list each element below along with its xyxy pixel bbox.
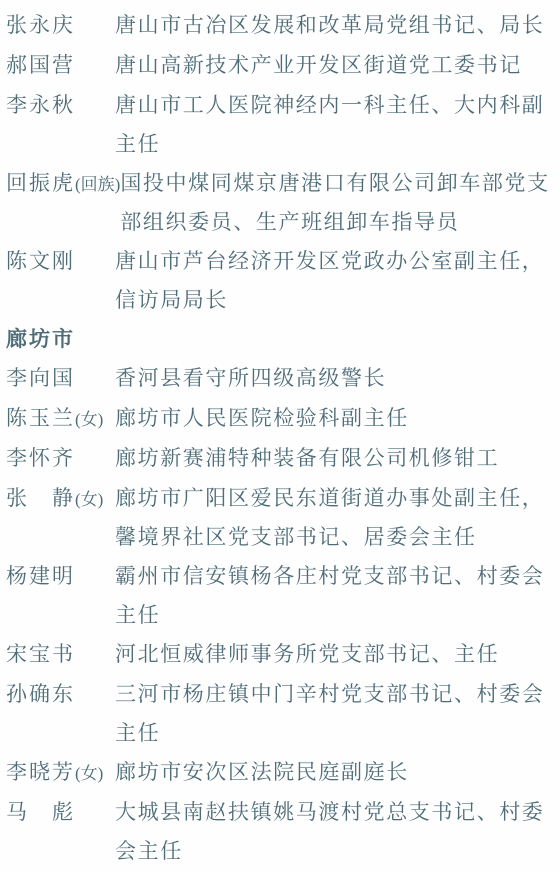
- person-name: 陈文刚: [6, 242, 115, 282]
- person-name-text: 李向国: [6, 366, 75, 390]
- person-name: 宋宝书: [6, 635, 115, 675]
- person-position: 唐山市古冶区发展和改革局党组书记、局长: [115, 6, 546, 45]
- roster-entry: 李怀齐 廊坊新赛浦特种装备有限公司机修钳工: [6, 439, 546, 479]
- person-name-text: 李晓芳: [6, 760, 75, 784]
- person-name: 马 彪: [6, 793, 115, 833]
- person-name-text: 杨建明: [6, 564, 75, 588]
- person-position: 唐山高新技术产业开发区街道党工委书记: [115, 46, 546, 85]
- roster-entry: 陈文刚 唐山市芦台经济开发区党政办公室副主任， 信访局局长: [6, 242, 546, 320]
- roster-entry: 回振虎(回族) 国投中煤同煤京唐港口有限公司卸车部党支 部组织委员、生产班组卸车…: [6, 164, 546, 242]
- roster-entry: 杨建明 霸州市信安镇杨各庄村党支部书记、村委会 主任: [6, 557, 546, 635]
- person-name-text: 马 彪: [6, 800, 75, 824]
- person-name-gender-note: (女): [75, 764, 103, 783]
- person-position: 廊坊新赛浦特种装备有限公司机修钳工: [115, 439, 546, 478]
- person-name-text: 李怀齐: [6, 446, 75, 470]
- roster-entry: 李晓芳(女) 廊坊市安次区法院民庭副庭长: [6, 753, 546, 793]
- roster-entry: 宋宝书 河北恒威律师事务所党支部书记、主任: [6, 635, 546, 675]
- person-position: 唐山市工人医院神经内一科主任、大内科副 主任: [115, 86, 546, 164]
- person-name-text: 陈文刚: [6, 249, 75, 273]
- person-name: 李怀齐: [6, 439, 115, 479]
- person-position: 霸州市信安镇杨各庄村党支部书记、村委会 主任: [115, 557, 546, 635]
- person-name: 张 静(女): [6, 479, 115, 519]
- person-name: 李晓芳(女): [6, 753, 115, 793]
- person-name-text: 陈玉兰: [6, 406, 75, 430]
- person-name-gender-note: (女): [75, 490, 103, 509]
- roster-entry: 郝国营 唐山高新技术产业开发区街道党工委书记: [6, 46, 546, 86]
- person-name-gender-note: (女): [75, 410, 103, 429]
- person-name: 李向国: [6, 359, 115, 399]
- person-position: 廊坊市安次区法院民庭副庭长: [115, 753, 546, 792]
- roster-entry: 陈玉兰(女) 廊坊市人民医院检验科副主任: [6, 399, 546, 439]
- roster-entry: 孙确东 三河市杨庄镇中门辛村党支部书记、村委会 主任: [6, 675, 546, 753]
- roster-entry: 张 静(女) 廊坊市广阳区爱民东道街道办事处副主任， 馨境界社区党支部书记、居委…: [6, 479, 546, 557]
- person-name-text: 宋宝书: [6, 642, 75, 666]
- person-name: 郝国营: [6, 46, 115, 86]
- person-name-text: 郝国营: [6, 53, 75, 77]
- person-position: 大城县南赵扶镇姚马渡村党总支书记、村委 会主任: [115, 793, 546, 871]
- person-position: 河北恒威律师事务所党支部书记、主任: [115, 635, 546, 674]
- person-name: 陈玉兰(女): [6, 399, 115, 439]
- person-name: 回振虎(回族): [6, 164, 120, 204]
- person-position: 三河市杨庄镇中门辛村党支部书记、村委会 主任: [115, 675, 546, 753]
- person-name: 孙确东: [6, 675, 115, 715]
- roster-entry: 马 彪 大城县南赵扶镇姚马渡村党总支书记、村委 会主任: [6, 793, 546, 871]
- person-position: 廊坊市人民医院检验科副主任: [115, 399, 546, 438]
- person-position: 唐山市芦台经济开发区党政办公室副主任， 信访局局长: [115, 242, 546, 320]
- document-page: 张永庆 唐山市古冶区发展和改革局党组书记、局长 郝国营 唐山高新技术产业开发区街…: [0, 0, 560, 872]
- person-name-text: 回振虎: [6, 171, 75, 195]
- person-name-text: 张 静: [6, 486, 75, 510]
- roster-entry: 张永庆 唐山市古冶区发展和改革局党组书记、局长: [6, 6, 546, 46]
- person-name-ethnic-note: (回族): [75, 175, 120, 194]
- person-position: 香河县看守所四级高级警长: [115, 359, 546, 398]
- person-name-text: 李永秋: [6, 93, 75, 117]
- person-name: 李永秋: [6, 86, 115, 126]
- person-name-text: 孙确东: [6, 682, 75, 706]
- person-name: 张永庆: [6, 6, 115, 46]
- person-name-text: 张永庆: [6, 13, 75, 37]
- roster-entry: 李永秋 唐山市工人医院神经内一科主任、大内科副 主任: [6, 86, 546, 164]
- person-name: 杨建明: [6, 557, 115, 597]
- city-section-heading: 廊坊市: [6, 320, 546, 359]
- roster-entry: 李向国 香河县看守所四级高级警长: [6, 359, 546, 399]
- person-position: 廊坊市广阳区爱民东道街道办事处副主任， 馨境界社区党支部书记、居委会主任: [115, 479, 546, 557]
- person-position: 国投中煤同煤京唐港口有限公司卸车部党支 部组织委员、生产班组卸车指导员: [120, 164, 549, 242]
